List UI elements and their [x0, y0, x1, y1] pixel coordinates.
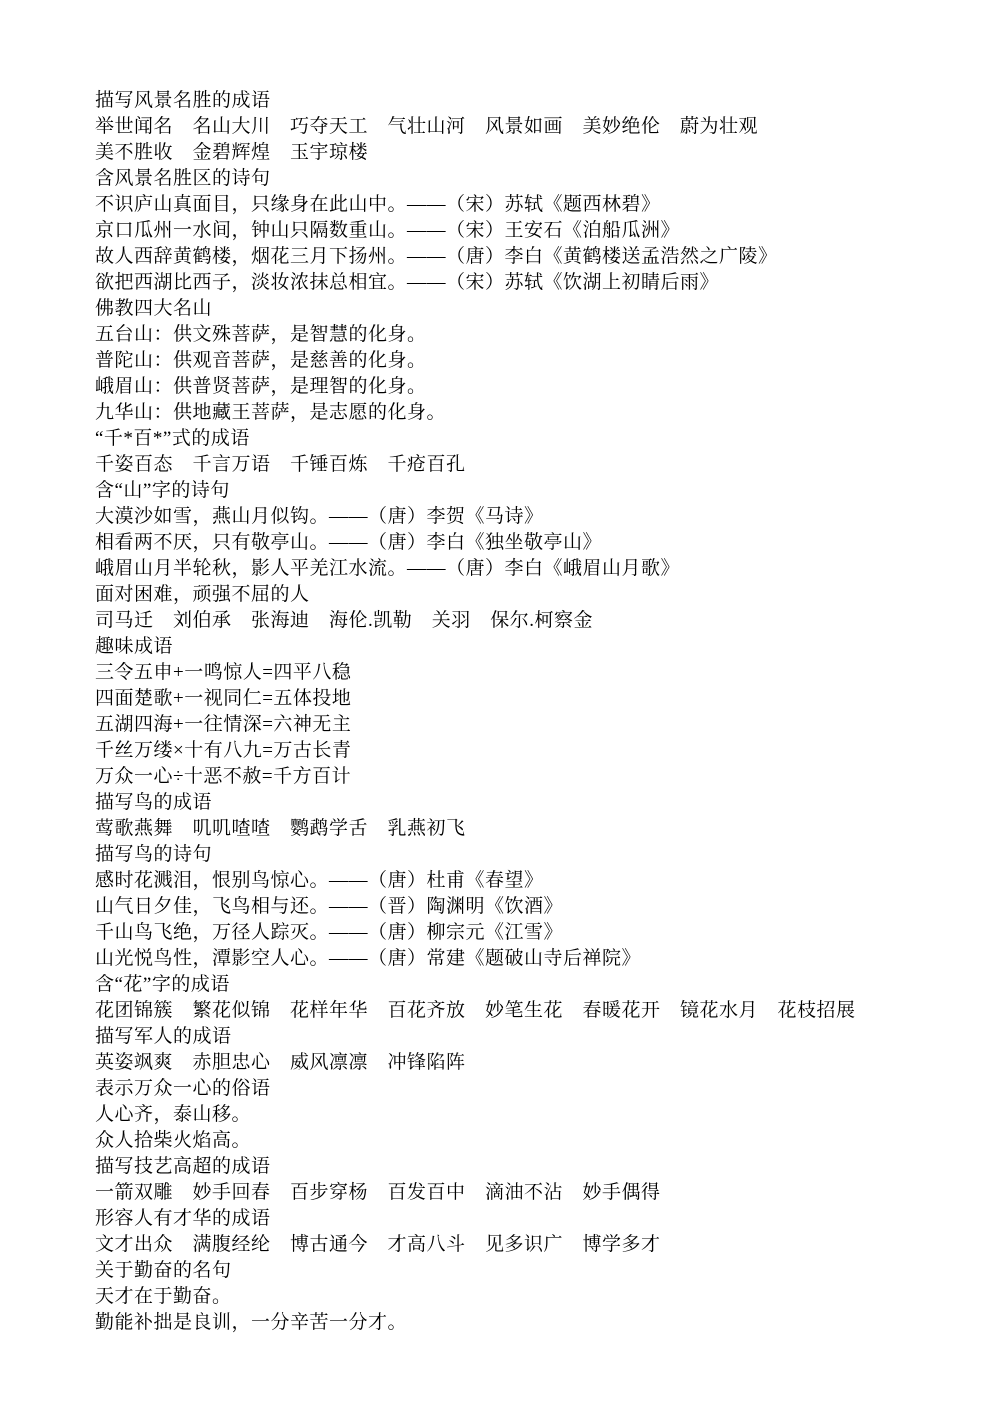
- text-line: 欲把西湖比西子，淡妆浓抹总相宜。——（宋）苏轼《饮湖上初睛后雨》: [95, 270, 975, 296]
- section-heading: 描写鸟的诗句: [95, 842, 975, 868]
- section-heading: 描写鸟的成语: [95, 790, 975, 816]
- text-line: 司马迁 刘伯承 张海迪 海伦.凯勒 关羽 保尔.柯察金: [95, 608, 975, 634]
- section-heading: 形容人有才华的成语: [95, 1206, 975, 1232]
- text-line: 千丝万缕×十有八九=万古长青: [95, 738, 975, 764]
- section-heading: 含“花”字的成语: [95, 972, 975, 998]
- text-line: 故人西辞黄鹤楼，烟花三月下扬州。——（唐）李白《黄鹤楼送孟浩然之广陵》: [95, 244, 975, 270]
- text-line: 美不胜收 金碧辉煌 玉宇琼楼: [95, 140, 975, 166]
- text-line: 普陀山：供观音菩萨，是慈善的化身。: [95, 348, 975, 374]
- text-line: 相看两不厌，只有敬亭山。——（唐）李白《独坐敬亭山》: [95, 530, 975, 556]
- text-line: 九华山：供地藏王菩萨，是志愿的化身。: [95, 400, 975, 426]
- text-line: 天才在于勤奋。: [95, 1284, 975, 1310]
- text-line: 英姿飒爽 赤胆忠心 威风凛凛 冲锋陷阵: [95, 1050, 975, 1076]
- text-line: 莺歌燕舞 叽叽喳喳 鹦鹉学舌 乳燕初飞: [95, 816, 975, 842]
- text-line: 文才出众 满腹经纶 博古通今 才高八斗 见多识广 博学多才: [95, 1232, 975, 1258]
- text-line: 千山鸟飞绝，万径人踪灭。——（唐）柳宗元《江雪》: [95, 920, 975, 946]
- section-heading: 表示万众一心的俗语: [95, 1076, 975, 1102]
- text-line: 人心齐，泰山移。: [95, 1102, 975, 1128]
- text-line: 山气日夕佳，飞鸟相与还。——（晋）陶渊明《饮酒》: [95, 894, 975, 920]
- text-block: 描写风景名胜的成语举世闻名 名山大川 巧夺天工 气壮山河 风景如画 美妙绝伦 蔚…: [95, 88, 975, 1336]
- text-line: 峨眉山：供普贤菩萨，是理智的化身。: [95, 374, 975, 400]
- section-heading: 面对困难，顽强不屈的人: [95, 582, 975, 608]
- text-line: 花团锦簇 繁花似锦 花样年华 百花齐放 妙笔生花 春暖花开 镜花水月 花枝招展: [95, 998, 975, 1024]
- text-line: 峨眉山月半轮秋，影人平羌江水流。——（唐）李白《峨眉山月歌》: [95, 556, 975, 582]
- text-line: 举世闻名 名山大川 巧夺天工 气壮山河 风景如画 美妙绝伦 蔚为壮观: [95, 114, 975, 140]
- text-line: 万众一心÷十恶不赦=千方百计: [95, 764, 975, 790]
- text-line: 感时花溅泪，恨别鸟惊心。——（唐）杜甫《春望》: [95, 868, 975, 894]
- section-heading: 趣味成语: [95, 634, 975, 660]
- section-heading: 描写风景名胜的成语: [95, 88, 975, 114]
- section-heading: “千*百*”式的成语: [95, 426, 975, 452]
- section-heading: 描写军人的成语: [95, 1024, 975, 1050]
- section-heading: 含“山”字的诗句: [95, 478, 975, 504]
- text-line: 三令五申+一鸣惊人=四平八稳: [95, 660, 975, 686]
- text-line: 千姿百态 千言万语 千锤百炼 千疮百孔: [95, 452, 975, 478]
- section-heading: 关于勤奋的名句: [95, 1258, 975, 1284]
- text-line: 一箭双雕 妙手回春 百步穿杨 百发百中 滴油不沾 妙手偶得: [95, 1180, 975, 1206]
- section-heading: 描写技艺高超的成语: [95, 1154, 975, 1180]
- text-line: 五湖四海+一往情深=六神无主: [95, 712, 975, 738]
- document-page: 描写风景名胜的成语举世闻名 名山大川 巧夺天工 气壮山河 风景如画 美妙绝伦 蔚…: [0, 0, 993, 1404]
- text-line: 勤能补拙是良训，一分辛苦一分才。: [95, 1310, 975, 1336]
- text-line: 京口瓜州一水间，钟山只隔数重山。——（宋）王安石《泊船瓜洲》: [95, 218, 975, 244]
- section-heading: 含风景名胜区的诗句: [95, 166, 975, 192]
- section-heading: 佛教四大名山: [95, 296, 975, 322]
- text-line: 不识庐山真面目，只缘身在此山中。——（宋）苏轼《题西林碧》: [95, 192, 975, 218]
- text-line: 五台山：供文殊菩萨，是智慧的化身。: [95, 322, 975, 348]
- text-line: 四面楚歌+一视同仁=五体投地: [95, 686, 975, 712]
- text-line: 山光悦鸟性，潭影空人心。——（唐）常建《题破山寺后禅院》: [95, 946, 975, 972]
- text-line: 众人拾柴火焰高。: [95, 1128, 975, 1154]
- text-line: 大漠沙如雪，燕山月似钩。——（唐）李贺《马诗》: [95, 504, 975, 530]
